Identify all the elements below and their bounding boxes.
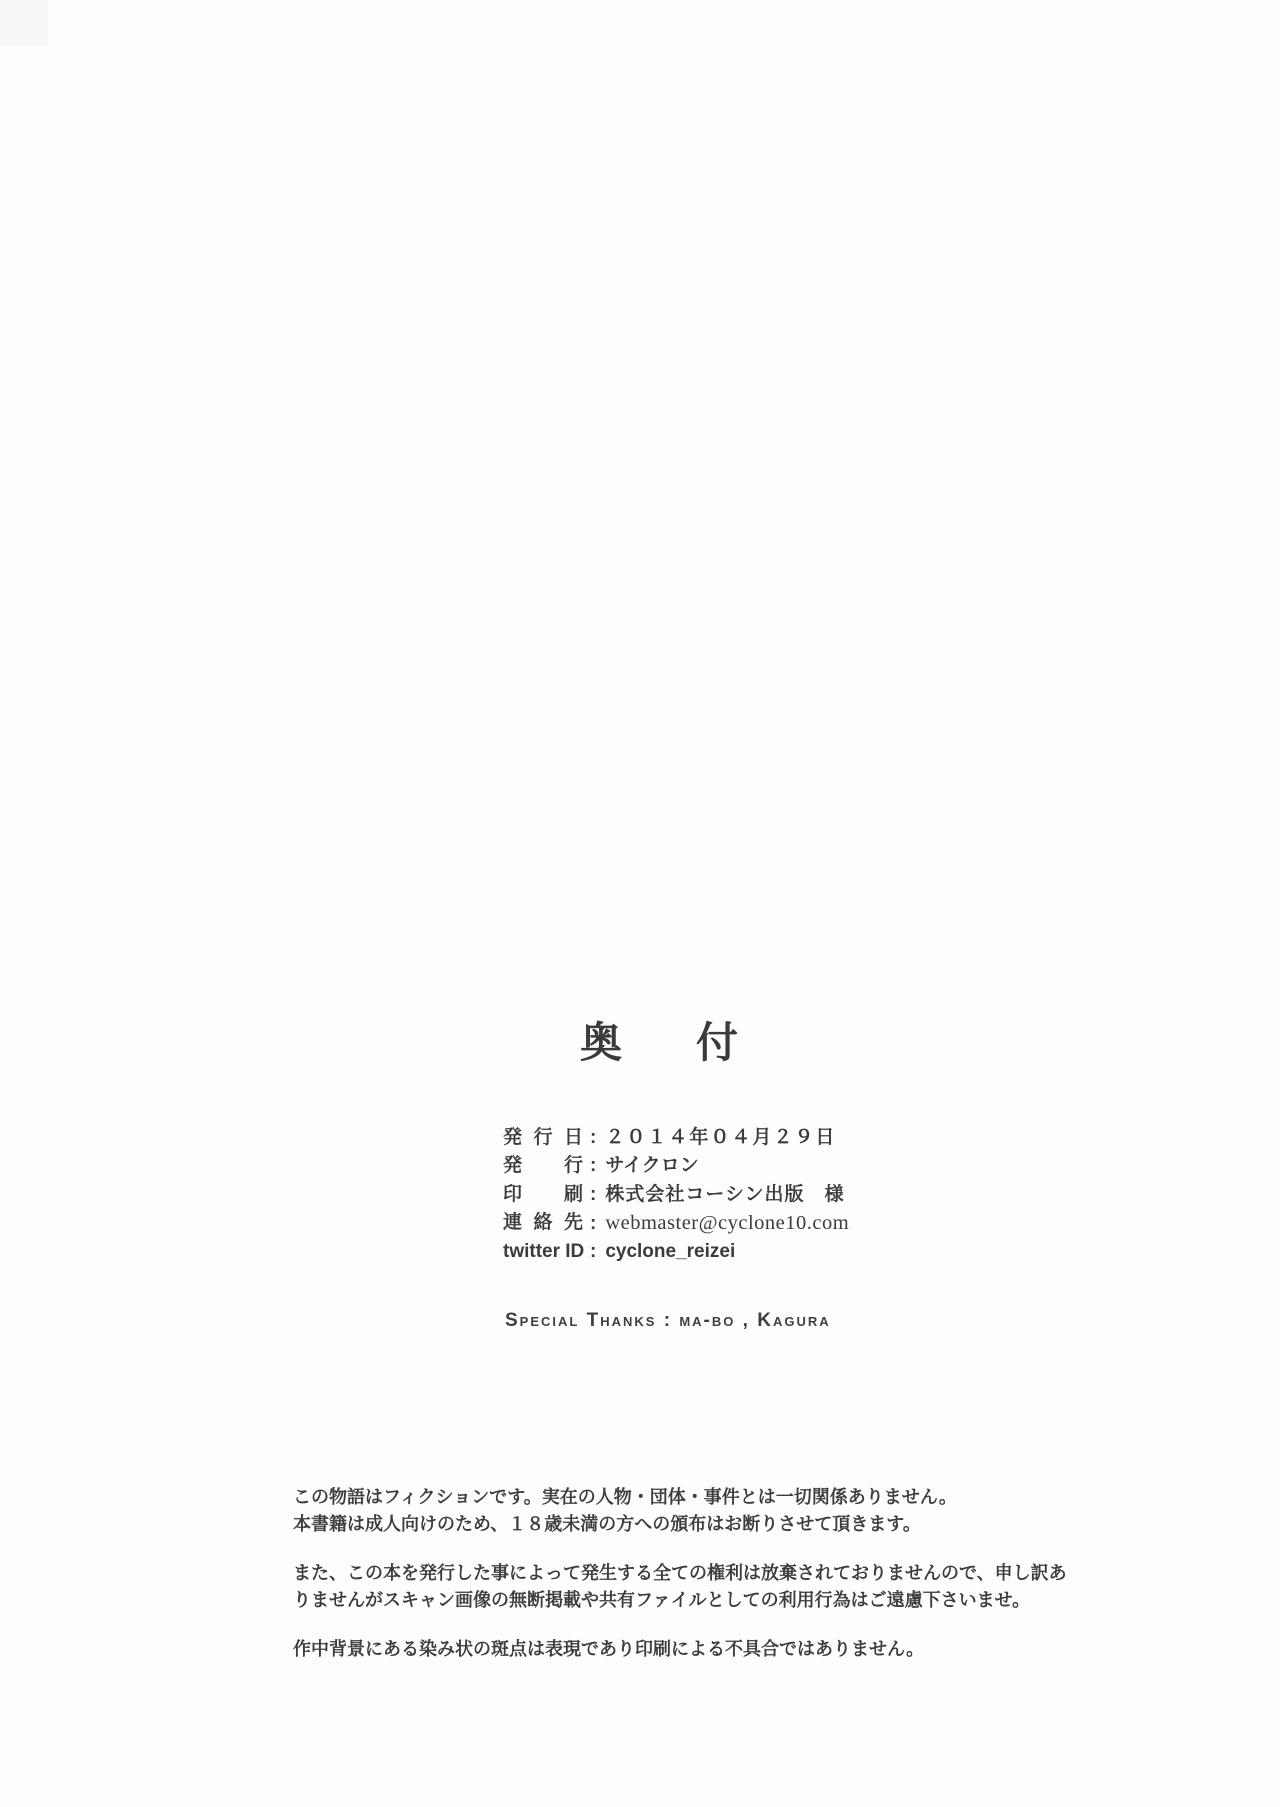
- disclaimer-line: 本書籍は成人向けのため、１８歳未満の方への頒布はお断りさせて頂きます。: [293, 1511, 1093, 1538]
- disclaimer-print-paragraph: 作中背景にある染み状の斑点は表現であり印刷による不具合ではありません。: [293, 1636, 1093, 1663]
- contact-label: 連 絡 先: [503, 1209, 583, 1237]
- colon-separator: :: [590, 1152, 596, 1180]
- publisher-label: 発 行: [503, 1152, 583, 1180]
- printer-row: 印 刷:株式会社コーシン出版 様: [503, 1181, 933, 1209]
- twitter-row: twitter ID:cyclone_reizei: [503, 1238, 933, 1266]
- colon-separator: :: [590, 1124, 596, 1152]
- disclaimer-line: 作中背景にある染み状の斑点は表現であり印刷による不具合ではありません。: [293, 1636, 1093, 1663]
- disclaimer-line: りませんがスキャン画像の無断掲載や共有ファイルとしての利用行為はご遠慮下さいませ…: [293, 1587, 1093, 1614]
- disclaimer-line: また、この本を発行した事によって発生する全ての権利は放棄されておりませんので、申…: [293, 1560, 1093, 1587]
- disclaimer-rights-paragraph: また、この本を発行した事によって発生する全ての権利は放棄されておりませんので、申…: [293, 1560, 1093, 1614]
- publisher-row: 発 行:サイクロン: [503, 1152, 933, 1180]
- contact-email-value: webmaster@cyclone10.com: [605, 1212, 849, 1234]
- colophon-page: 奥 付 発 行 日:２０１４年０４月２９日 発 行:サイクロン 印 刷:株式会社…: [0, 0, 1280, 1807]
- publisher-value: サイクロン: [605, 1155, 698, 1176]
- publication-date-row: 発 行 日:２０１４年０４月２９日: [503, 1124, 933, 1152]
- colon-separator: :: [590, 1181, 596, 1209]
- contact-row: 連 絡 先:webmaster@cyclone10.com: [503, 1209, 933, 1237]
- special-thanks-line: Special Thanks : ma-bo , Kagura: [505, 1310, 831, 1332]
- printer-label: 印 刷: [503, 1181, 583, 1209]
- twitter-label: twitter ID: [503, 1238, 583, 1266]
- publication-date-value: ２０１４年０４月２９日: [605, 1127, 836, 1148]
- scan-artifact: [0, 0, 48, 46]
- disclaimer-fiction-paragraph: この物語はフィクションです。実在の人物・団体・事件とは一切関係ありません。 本書…: [293, 1484, 1093, 1538]
- printer-value: 株式会社コーシン出版 様: [605, 1184, 844, 1205]
- colon-separator: :: [590, 1238, 596, 1266]
- disclaimer-line: この物語はフィクションです。実在の人物・団体・事件とは一切関係ありません。: [293, 1484, 1093, 1511]
- twitter-id-value: cyclone_reizei: [605, 1241, 735, 1262]
- colophon-info: 発 行 日:２０１４年０４月２９日 発 行:サイクロン 印 刷:株式会社コーシン…: [503, 1124, 933, 1266]
- page-title: 奥 付: [580, 1018, 754, 1068]
- publication-date-label: 発 行 日: [503, 1124, 583, 1152]
- colon-separator: :: [590, 1210, 596, 1238]
